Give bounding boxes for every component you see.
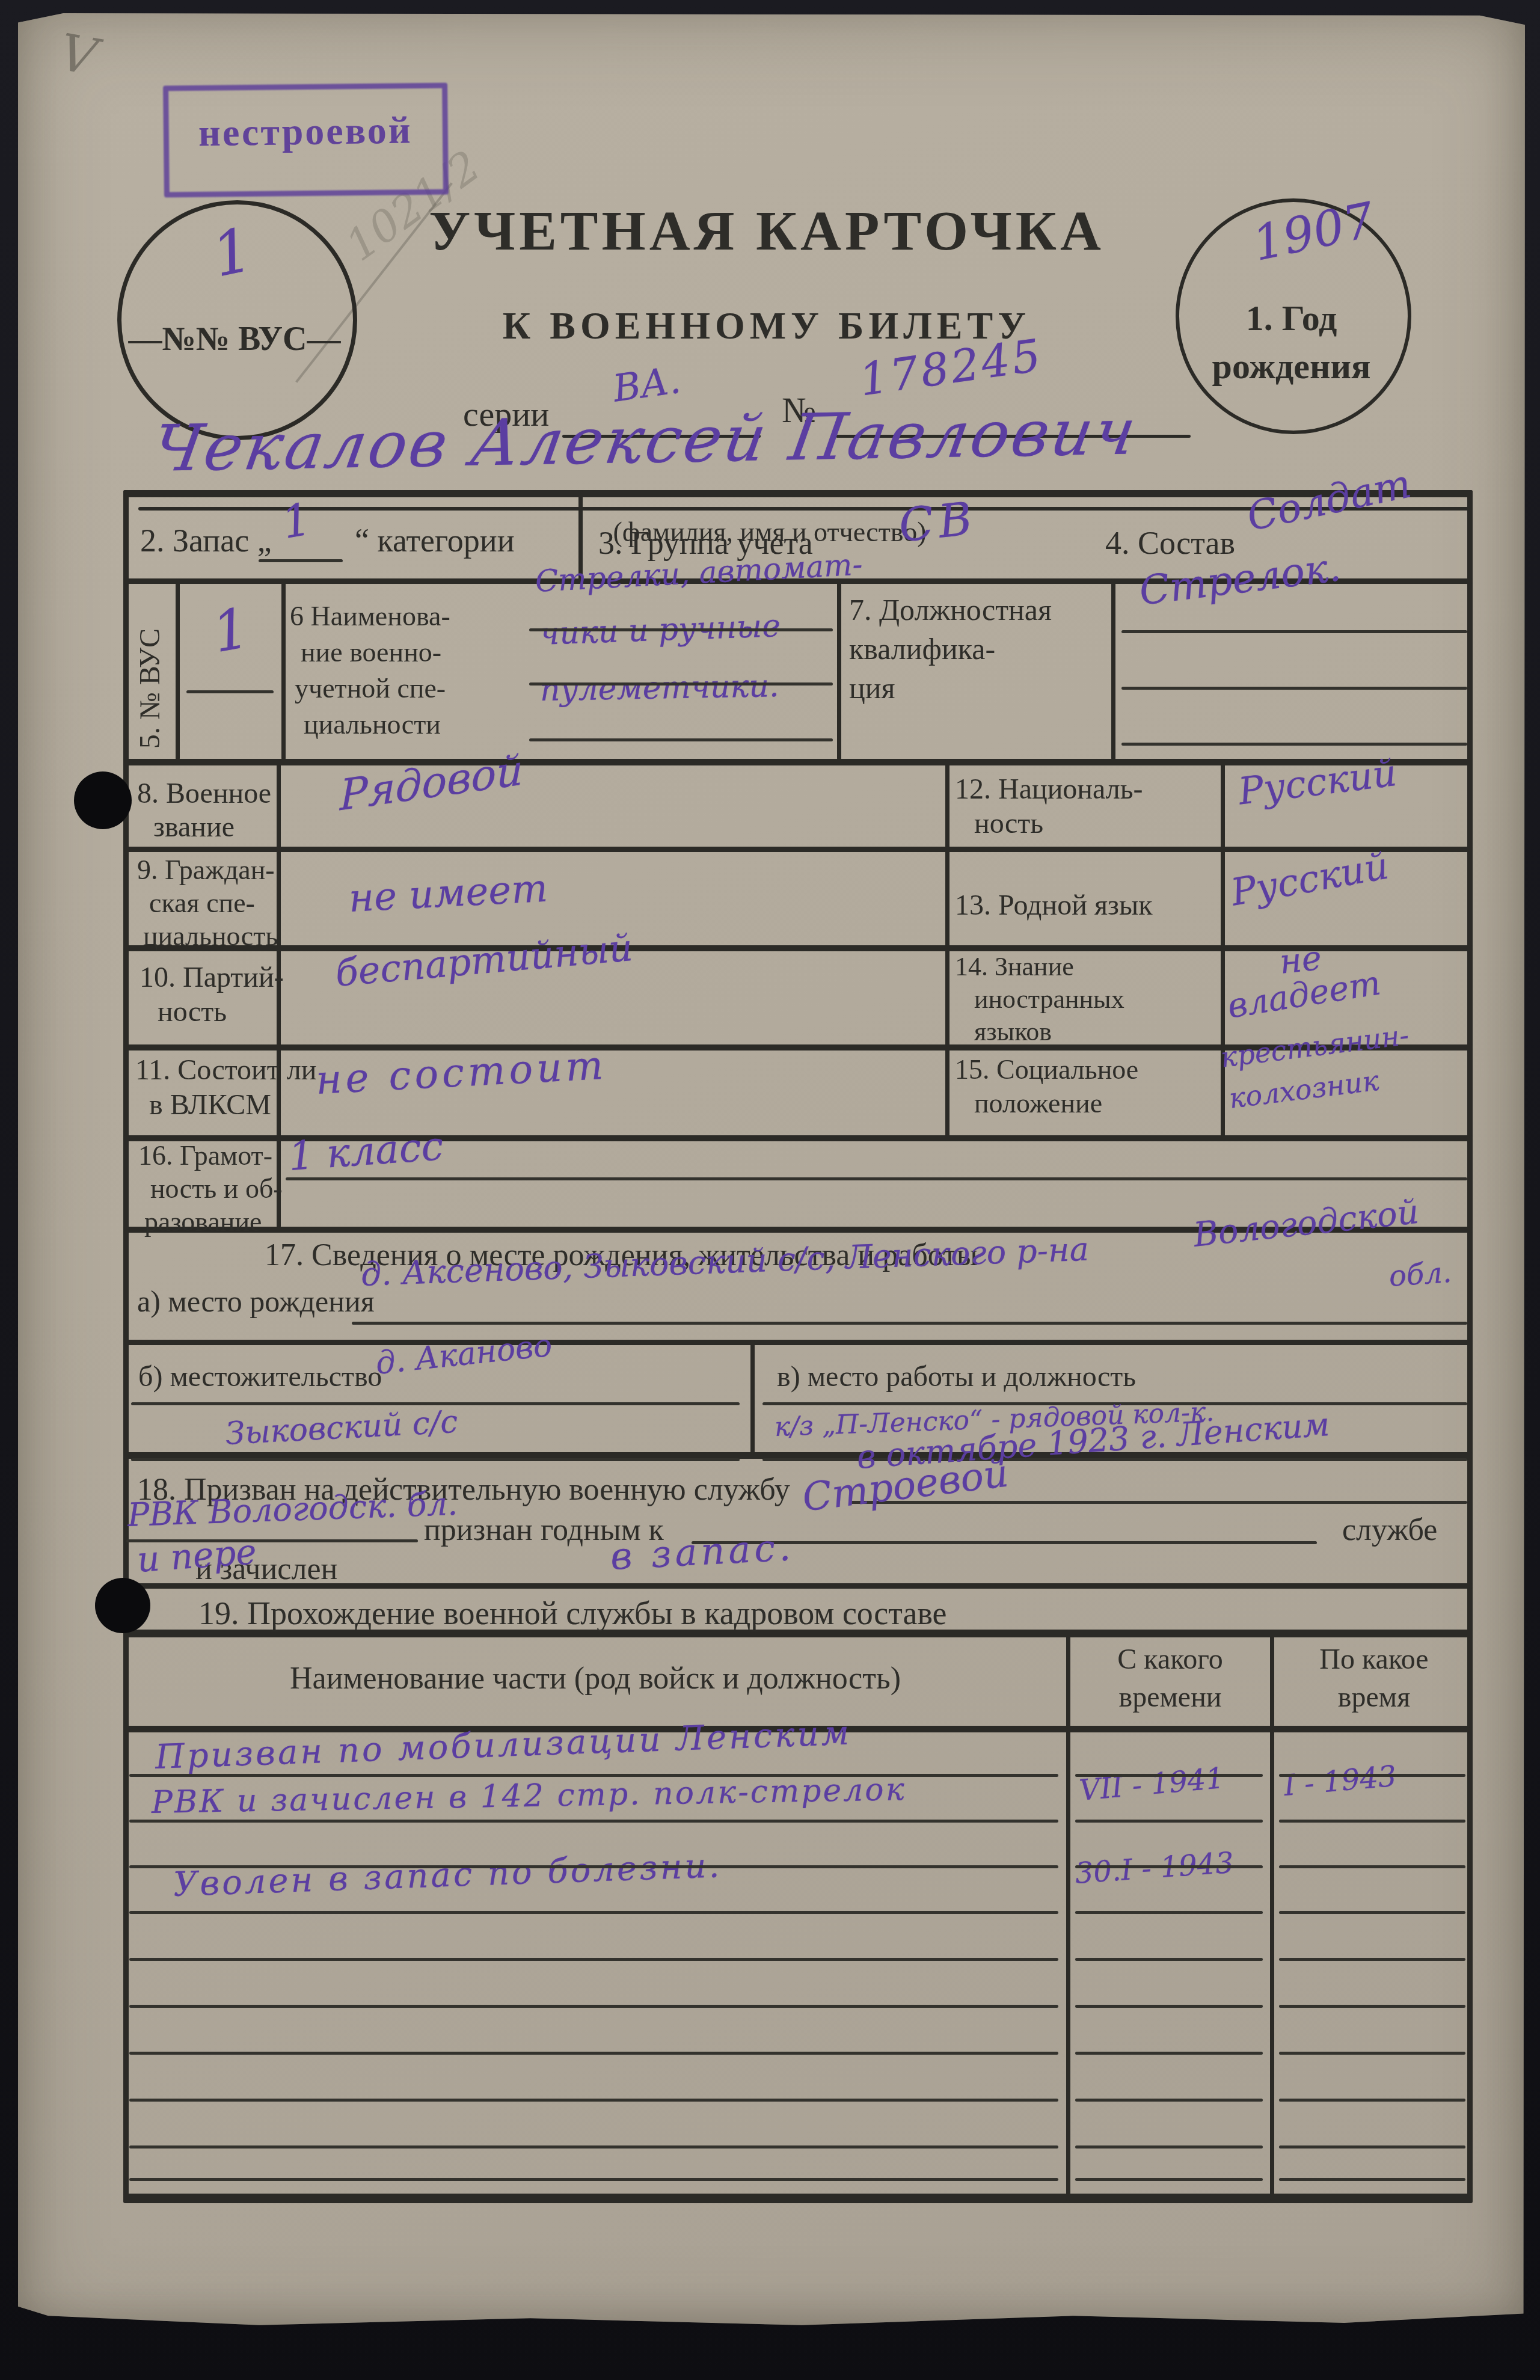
rule-line <box>1121 687 1467 690</box>
field11-label-1: в ВЛКСМ <box>149 1088 271 1121</box>
service-col3-header-0: По какое <box>1278 1643 1470 1676</box>
birthplace-label: а) место рождения <box>137 1284 375 1319</box>
row-border <box>123 759 1473 765</box>
section19-heading: 19. Прохождение военной службы в кадрово… <box>198 1595 947 1632</box>
rule-line <box>186 690 274 693</box>
field2-label-post: “ категории <box>355 522 515 559</box>
row-border <box>123 847 1473 852</box>
col-divider <box>176 578 180 760</box>
rule-line <box>129 2145 1058 2148</box>
field4-label: 4. Состав <box>1105 524 1235 562</box>
field16-label-0: 16. Грамот- <box>138 1139 272 1171</box>
field15-label-1: положение <box>974 1087 1102 1119</box>
field14-label-1: иностранных <box>974 984 1124 1014</box>
service-col2-header-1: времени <box>1074 1681 1266 1714</box>
field7-label-1: квалифика- <box>849 631 995 666</box>
rule-line <box>1075 2099 1263 2102</box>
service-col3-header-1: время <box>1278 1681 1470 1714</box>
rule-line <box>1279 1865 1465 1868</box>
rule-line <box>529 738 833 741</box>
field6-label-1: ние военно- <box>301 636 441 668</box>
hole-punch <box>95 1578 150 1633</box>
col-divider <box>1221 759 1225 1136</box>
rule-line <box>1075 2052 1263 2055</box>
field6-label-3: циальности <box>304 708 441 740</box>
field6-label-0: 6 Наименова- <box>290 600 450 632</box>
rule-line <box>1075 1958 1263 1961</box>
rule-line <box>1075 1911 1263 1914</box>
rule-line <box>1279 2005 1465 2008</box>
rule-line <box>1075 2145 1263 2148</box>
card-title: УЧЕТНАЯ КАРТОЧКА <box>415 198 1118 263</box>
field13-label: 13. Родной язык <box>955 889 1153 922</box>
rule-line <box>352 1322 1467 1325</box>
rule-line <box>1075 2005 1263 2008</box>
birthplace-value-region: обл. <box>1388 1256 1453 1293</box>
field12-label-0: 12. Националь- <box>955 773 1143 806</box>
col-divider <box>945 759 949 1136</box>
field14-label-2: языков <box>974 1016 1052 1047</box>
col-divider <box>281 578 286 760</box>
scanned-page: V 1021/2 нестроевой 1 —№№ ВУС— 1907 1. Г… <box>0 0 1540 2380</box>
rule-line <box>286 1177 1467 1180</box>
row-border <box>123 1340 1473 1345</box>
field2-label: 2. Запас „ <box>140 522 272 559</box>
field16-label-1: ность и об- <box>150 1173 283 1204</box>
rule-line <box>129 1774 1058 1777</box>
section18-overlay: и пере <box>136 1531 258 1580</box>
rule-line <box>1279 2099 1465 2102</box>
service-col-divider <box>1066 1630 1070 2201</box>
hole-punch <box>74 771 132 829</box>
field9-label-0: 9. Граждан- <box>137 854 275 886</box>
table-border-right <box>1467 490 1473 2201</box>
rule-line <box>529 628 833 631</box>
rule-line <box>129 1865 1058 1868</box>
table-border-left <box>123 490 129 2201</box>
field6-label-2: учетной спе- <box>295 672 446 704</box>
rule-line <box>129 2178 1058 2181</box>
rule-line <box>1121 743 1467 746</box>
birth-year-label-1: 1. Год <box>1179 298 1404 339</box>
field10-label-1: ность <box>158 995 227 1028</box>
section18-label3: службе <box>1342 1512 1437 1548</box>
workplace-label: в) место работы и должность <box>777 1360 1136 1393</box>
field6-value-2: пулеметчики. <box>539 668 779 708</box>
field15-label-0: 15. Социальное <box>955 1054 1138 1085</box>
rule-line <box>1075 2178 1263 2181</box>
field9-label-1: ская спе- <box>149 887 255 919</box>
rule-line <box>129 2052 1058 2055</box>
stamp-text: нестроевой <box>198 108 410 156</box>
rule-line <box>129 2005 1058 2008</box>
field10-label-0: 10. Партий- <box>140 961 284 994</box>
field11-label-0: 11. Состоит ли <box>135 1054 316 1087</box>
col-divider <box>750 1340 755 1454</box>
row-border <box>123 945 1473 951</box>
rule-line <box>1279 1820 1465 1823</box>
rule-line <box>1075 1865 1263 1868</box>
service-col1-header: Наименование части (род войск и должност… <box>168 1661 1022 1696</box>
rule-line <box>129 1820 1058 1823</box>
rule-line <box>1279 1958 1465 1961</box>
residence-label: б) местожительство <box>138 1360 382 1393</box>
rule-line <box>1279 1774 1465 1777</box>
rule-line <box>1279 2052 1465 2055</box>
field14-label-0: 14. Знание <box>955 951 1074 982</box>
rule-line <box>259 559 343 562</box>
service-col-divider <box>1270 1630 1274 2201</box>
field12-label-1: ность <box>974 807 1043 840</box>
field7-label-0: 7. Должностная <box>849 592 1052 627</box>
rule-line <box>1121 630 1467 633</box>
service-col2-header-0: С какого <box>1074 1643 1266 1676</box>
birth-year-label-2: рождения <box>1179 346 1404 387</box>
field5-label: 5. № ВУС <box>133 628 167 749</box>
rule-line <box>1279 1911 1465 1914</box>
rule-line <box>1075 1820 1263 1823</box>
rule-line <box>1279 2178 1465 2181</box>
col-divider <box>837 578 841 760</box>
rule-line <box>129 1911 1058 1914</box>
field8-label-0: 8. Военное <box>137 777 271 810</box>
field9-label-2: циальность <box>143 920 278 952</box>
rule-line <box>129 2099 1058 2102</box>
rule-line <box>129 1958 1058 1961</box>
col-divider <box>1111 578 1115 760</box>
rule-line <box>529 682 833 685</box>
field8-label-1: звание <box>153 811 235 844</box>
rule-line <box>1279 2145 1465 2148</box>
field3-value: СВ <box>896 491 980 553</box>
rule-line <box>131 1458 740 1461</box>
vus-circle-label: —№№ ВУС— <box>120 320 349 358</box>
field16-label-2: разование <box>144 1206 262 1238</box>
rule-line <box>1075 1774 1263 1777</box>
field7-label-2: ция <box>849 670 895 705</box>
